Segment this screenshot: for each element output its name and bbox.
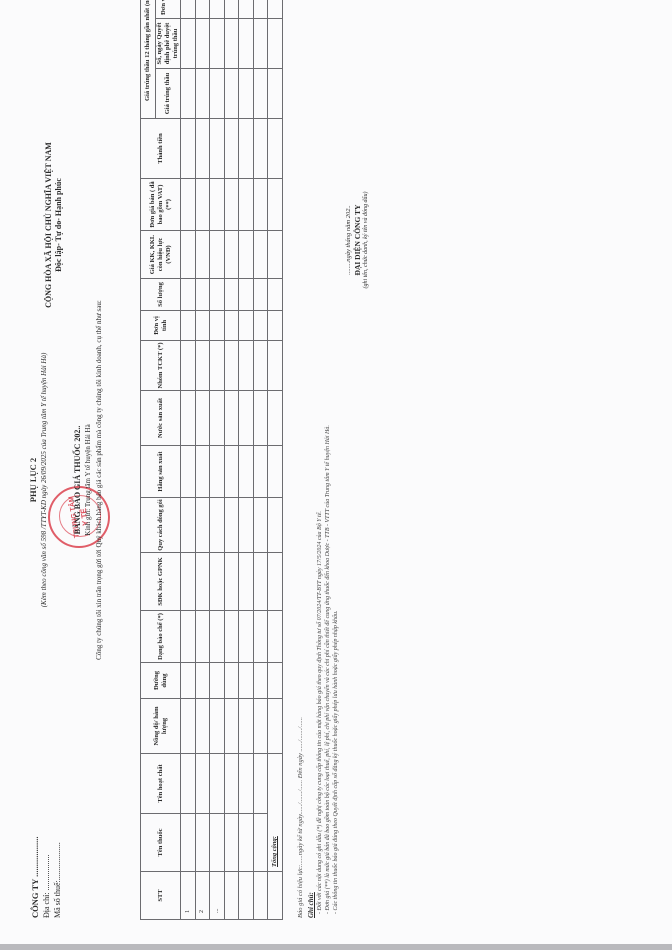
table-cell xyxy=(210,119,225,179)
table-cell xyxy=(268,391,283,446)
signature-hint: (ghi tên, chức danh, ký tên và đóng dấu) xyxy=(363,150,369,330)
col-header: Tên thuốc xyxy=(141,814,181,872)
table-cell xyxy=(210,699,225,754)
table-cell xyxy=(181,663,196,699)
table-cell xyxy=(195,341,210,391)
table-cell xyxy=(181,231,196,279)
table-cell xyxy=(210,279,225,311)
table-cell xyxy=(210,498,225,553)
col-header: Đơn giá bán ( đã bao gồm VAT) (**) xyxy=(141,179,181,231)
table-cell xyxy=(224,231,239,279)
table-cell xyxy=(268,19,283,69)
table-cell xyxy=(268,279,283,311)
table-cell xyxy=(253,69,268,119)
table-cell xyxy=(268,872,283,920)
table-cell xyxy=(239,611,254,663)
table-cell xyxy=(210,391,225,446)
table-cell xyxy=(239,663,254,699)
row-stt xyxy=(253,872,268,920)
signature-block: ........ngày tháng năm 202.. ĐẠI DIỆN CÔ… xyxy=(345,150,369,330)
table-cell xyxy=(195,611,210,663)
table-cell xyxy=(239,446,254,498)
report-recipient: Kính gửi: Trung tâm Y tế huyện Hải Hà xyxy=(84,340,92,620)
table-cell xyxy=(224,754,239,814)
table-cell xyxy=(181,19,196,69)
table-row: 1 xyxy=(181,0,196,920)
table-cell xyxy=(268,0,283,19)
table-cell xyxy=(195,446,210,498)
table-row: 2 xyxy=(195,0,210,920)
table-cell xyxy=(239,553,254,611)
table-cell xyxy=(224,279,239,311)
table-cell xyxy=(224,119,239,179)
table-cell xyxy=(195,0,210,19)
table-cell xyxy=(195,699,210,754)
table-cell xyxy=(224,446,239,498)
table-cell xyxy=(210,611,225,663)
col-header: Hãng sản xuất xyxy=(141,446,181,498)
table-cell xyxy=(253,19,268,69)
table-cell xyxy=(239,19,254,69)
table-cell xyxy=(195,231,210,279)
table-cell xyxy=(268,699,283,754)
table-cell xyxy=(239,699,254,754)
table-cell xyxy=(195,279,210,311)
table-cell xyxy=(181,341,196,391)
col-header: Giá KK, KKL còn hiệu lực (VNĐ) xyxy=(141,231,181,279)
scan-edge xyxy=(0,944,672,950)
report-title: BẢNG BÁO GIÁ THUỐC 202.. xyxy=(73,340,82,620)
table-cell xyxy=(181,391,196,446)
validity-line: Báo giá có hiệu lực:......ngày kể từ ngà… xyxy=(297,717,304,918)
table-cell xyxy=(195,19,210,69)
table-cell xyxy=(181,279,196,311)
table-cell xyxy=(195,391,210,446)
table-cell xyxy=(210,754,225,814)
table-cell xyxy=(239,119,254,179)
table-cell xyxy=(268,553,283,611)
table-cell xyxy=(253,231,268,279)
col-header: SĐK hoặc GPNK xyxy=(141,553,181,611)
note-item: - Các thông tin thuốc báo giá đúng theo … xyxy=(333,610,339,914)
table-cell xyxy=(210,19,225,69)
col-header: Đơn vị ra Quyết định xyxy=(156,0,181,19)
table-cell xyxy=(224,0,239,19)
table-cell xyxy=(253,553,268,611)
table-cell xyxy=(195,311,210,341)
table-cell xyxy=(253,699,268,754)
table-cell xyxy=(268,663,283,699)
table-row xyxy=(239,0,254,920)
table-cell xyxy=(210,179,225,231)
table-cell xyxy=(181,498,196,553)
table-cell xyxy=(224,341,239,391)
table-cell xyxy=(181,553,196,611)
table-cell xyxy=(253,663,268,699)
table-cell xyxy=(195,754,210,814)
table-cell xyxy=(239,311,254,341)
table-cell xyxy=(210,663,225,699)
table-cell xyxy=(181,754,196,814)
table-cell xyxy=(239,279,254,311)
total-row: Tổng cộng: xyxy=(268,0,283,920)
table-cell xyxy=(195,663,210,699)
table-cell xyxy=(181,0,196,19)
table-cell xyxy=(195,69,210,119)
table-cell xyxy=(253,814,268,872)
col-header: Nhóm TCKT (*) xyxy=(141,341,181,391)
table-cell xyxy=(210,69,225,119)
table-cell xyxy=(239,498,254,553)
row-stt: ... xyxy=(210,872,225,920)
col-header: Quy cách đóng gói xyxy=(141,498,181,553)
signature-date: ........ngày tháng năm 202.. xyxy=(345,150,352,330)
table-cell xyxy=(268,611,283,663)
row-stt: 2 xyxy=(195,872,210,920)
table-cell xyxy=(224,699,239,754)
table-row: ... xyxy=(210,0,225,920)
table-cell xyxy=(210,341,225,391)
table-cell xyxy=(210,231,225,279)
table-cell xyxy=(268,231,283,279)
table-header-row: STT Tên thuốc Tên hoạt chất Nồng độ/ hàm… xyxy=(141,0,156,920)
table-cell xyxy=(253,0,268,19)
col-header: Giá trúng thầu xyxy=(156,69,181,119)
table-cell xyxy=(239,754,254,814)
col-header: Thành tiền xyxy=(141,119,181,179)
report-intro: Công ty chúng tôi xin trân trọng gửi tới… xyxy=(95,210,103,750)
table-cell xyxy=(181,311,196,341)
col-header: Số, ngày Quyết định phê duyệt trúng thầu xyxy=(156,19,181,69)
table-cell xyxy=(268,498,283,553)
table-cell xyxy=(253,754,268,814)
table-cell xyxy=(224,19,239,69)
table-cell xyxy=(253,279,268,311)
table-cell xyxy=(224,391,239,446)
row-stt xyxy=(224,872,239,920)
table-cell xyxy=(224,179,239,231)
table-cell xyxy=(253,311,268,341)
table-cell xyxy=(253,179,268,231)
table-cell xyxy=(224,553,239,611)
row-stt xyxy=(239,872,254,920)
table-cell xyxy=(268,179,283,231)
nation-motto: Độc lập- Tự do- Hạnh phúc xyxy=(54,45,64,405)
col-header: Tên hoạt chất xyxy=(141,754,181,814)
table-cell xyxy=(239,231,254,279)
table-cell xyxy=(253,119,268,179)
table-cell xyxy=(181,69,196,119)
table-cell xyxy=(195,179,210,231)
table-cell xyxy=(224,814,239,872)
table-cell xyxy=(181,179,196,231)
table-cell xyxy=(210,553,225,611)
col-header: Đường dùng xyxy=(141,663,181,699)
table-body: 12...Tổng cộng: xyxy=(181,0,283,920)
table-cell xyxy=(224,663,239,699)
signature-role: ĐẠI DIỆN CÔNG TY xyxy=(353,150,362,330)
table-cell xyxy=(195,498,210,553)
total-label: Tổng cộng: xyxy=(268,754,283,872)
table-cell xyxy=(239,341,254,391)
table-cell xyxy=(239,814,254,872)
notes-title: Ghi chú: xyxy=(307,892,315,918)
table-cell xyxy=(253,446,268,498)
table-row xyxy=(253,0,268,920)
company-block: CÔNG TY ................... Địa chỉ: ...… xyxy=(30,837,63,918)
company-name: CÔNG TY ................... xyxy=(30,837,40,918)
appendix-title: PHỤ LỤC 2 xyxy=(28,350,38,610)
table-cell xyxy=(268,311,283,341)
table-cell xyxy=(268,341,283,391)
table-cell xyxy=(195,119,210,179)
row-stt: 1 xyxy=(181,872,196,920)
table-row xyxy=(224,0,239,920)
col-header: STT xyxy=(141,872,181,920)
table-cell xyxy=(210,0,225,19)
table-cell xyxy=(253,391,268,446)
table-cell xyxy=(253,611,268,663)
table-cell xyxy=(268,119,283,179)
document-page: CÔNG TY ................... Địa chỉ: ...… xyxy=(0,0,672,950)
table-cell xyxy=(210,814,225,872)
table-cell xyxy=(224,311,239,341)
table-cell xyxy=(239,0,254,19)
col-header: Nồng độ/ hàm lượng xyxy=(141,699,181,754)
table-cell xyxy=(224,69,239,119)
table-cell xyxy=(239,69,254,119)
col-header: Số lượng xyxy=(141,279,181,311)
table-cell xyxy=(253,341,268,391)
nation-name: CỘNG HÒA XÃ HỘI CHỦ NGHĨA VIỆT NAM xyxy=(44,45,54,405)
table-cell xyxy=(181,699,196,754)
note-item: - Đối với các nội dung có ghi dấu (*) đề… xyxy=(317,511,323,914)
table-cell xyxy=(181,611,196,663)
table-cell xyxy=(268,446,283,498)
table-cell xyxy=(181,446,196,498)
quotation-table: STT Tên thuốc Tên hoạt chất Nồng độ/ hàm… xyxy=(140,0,283,920)
table-cell xyxy=(253,498,268,553)
table-cell xyxy=(268,69,283,119)
col-header: Dạng bào chế (*) xyxy=(141,611,181,663)
company-address: Địa chỉ: .................. xyxy=(41,837,52,918)
company-tax-id: Mã số thuế:................... xyxy=(52,837,63,918)
table-cell xyxy=(239,391,254,446)
note-item: - Đơn giá (**) là mức giá bán đã bao gồm… xyxy=(325,425,331,914)
table-cell xyxy=(210,446,225,498)
group-header: Giá trúng thầu 12 tháng gần nhất (nếu có… xyxy=(141,0,156,119)
table-cell xyxy=(181,814,196,872)
table-cell xyxy=(224,611,239,663)
col-header: Đơn vị tính xyxy=(141,311,181,341)
col-header: Nước sản xuất xyxy=(141,391,181,446)
table-cell xyxy=(239,179,254,231)
table-cell xyxy=(181,119,196,179)
table-cell xyxy=(195,814,210,872)
table-cell xyxy=(195,553,210,611)
table-cell xyxy=(224,498,239,553)
table-cell xyxy=(210,311,225,341)
national-motto: CỘNG HÒA XÃ HỘI CHỦ NGHĨA VIỆT NAM Độc l… xyxy=(44,45,64,405)
